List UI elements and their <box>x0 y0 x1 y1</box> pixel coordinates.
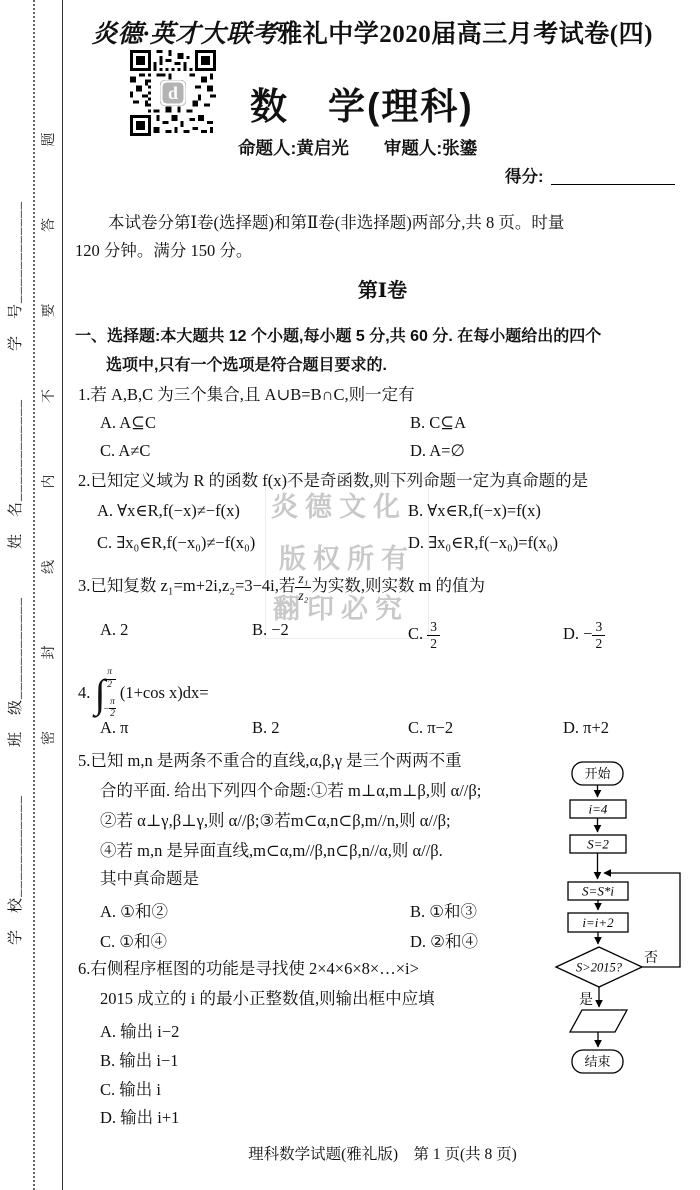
q3-option-c: C. 32 <box>408 620 440 651</box>
flowchart-yes-label: 是 <box>579 992 593 1008</box>
watermark-line-1: 炎德文化 <box>271 494 407 521</box>
q6-option-b: B. 输出 i−1 <box>100 1047 179 1071</box>
q6-option-a: A. 输出 i−2 <box>100 1018 179 1042</box>
page-footer: 理科数学试题(雅礼版) 第 1 页(共 8 页) <box>75 1142 690 1164</box>
watermark-line-2: 版权所有 <box>279 546 415 573</box>
margin-solid-line <box>62 0 63 1190</box>
q3-option-d: D. −32 <box>563 620 605 651</box>
svg-text:d: d <box>168 83 178 103</box>
q1-option-c: C. A≠C <box>100 441 150 461</box>
q2-option-b: B. ∀x∈R,f(−x)=f(x) <box>408 501 541 521</box>
q5-line-1: 5.已知 m,n 是两条不重合的直线,α,β,γ 是三个两两不重 <box>78 750 462 772</box>
q3-stem-fraction: z₁z₂ <box>295 572 311 603</box>
score-label: 得分: <box>505 163 544 187</box>
flowchart-init-s-label: S=2 <box>587 837 609 852</box>
q4-option-c: C. π−2 <box>408 718 453 738</box>
q4-option-b: B. 2 <box>252 718 280 738</box>
part-title: 第Ⅰ卷 <box>75 280 690 302</box>
seal-dotted-line <box>33 0 35 1190</box>
section-instruction-2: 选项中,只有一个选项是符合题目要求的. <box>106 355 387 377</box>
q5-option-a: A. ①和② <box>100 898 168 922</box>
header-title-rest: 雅礼中学2020届高三月考试卷(四) <box>277 21 653 48</box>
flowchart-decision-label: S>2015? <box>576 961 623 975</box>
seal-text: 密 封 线 内 不 要 答 题 <box>38 335 58 745</box>
q4-body: (1+cos x)dx= <box>120 683 209 702</box>
student-info-labels: 学 校____________ 班 级____________ 姓 名_____… <box>4 165 25 945</box>
flowchart-increment-label: i=i+2 <box>582 915 614 930</box>
q5-line-3: ②若 α⊥γ,β⊥γ,则 α//β;③若m⊂α,n⊂β,m//n,则 α//β; <box>100 810 451 832</box>
q2-stem: 2.已知定义域为 R 的函数 f(x)不是奇函数,则下列命题一定为真命题的是 <box>78 470 588 492</box>
q5-option-b: B. ①和③ <box>410 898 477 922</box>
flowchart-no-label: 否 <box>644 950 658 966</box>
score-blank <box>551 184 675 185</box>
q3-stem: 3.已知复数 z₁=m+2i,z₂=3−4i,若z₁z₂为实数,则实数 m 的值… <box>78 572 485 603</box>
q6-option-c: C. 输出 i <box>100 1076 161 1100</box>
q6-line-2: 2015 成立的 i 的最小正整数值,则输出框中应填 <box>100 988 435 1010</box>
header-title: 炎德·英才大联考雅礼中学2020届高三月考试卷(四) <box>92 14 692 50</box>
q4-number: 4. <box>78 683 90 702</box>
q5-line-5: 其中真命题是 <box>100 868 199 890</box>
flowchart-output-shape <box>570 1010 627 1032</box>
q1-option-a: A. A⊆C <box>100 413 156 433</box>
qr-code: d <box>130 50 216 136</box>
exam-page: { "colors": {"ink": "#111111", "watermar… <box>0 0 700 1190</box>
q6-option-d: D. 输出 i+1 <box>100 1104 179 1128</box>
q2-option-a: A. ∀x∈R,f(−x)≠−f(x) <box>97 501 240 521</box>
q4-stem: 4. ∫π2−π2(1+cos x)dx= <box>78 668 209 720</box>
qr-logo: d <box>160 80 186 106</box>
q4-option-a: A. π <box>100 718 129 738</box>
q5-line-4: ④若 m,n 是异面直线,m⊂α,m//β,n⊂β,n//α,则 α//β. <box>100 840 443 862</box>
intro-line-2: 120 分钟。满分 150 分。 <box>75 240 252 262</box>
q2-option-c: C. ∃x₀∈R,f(−x₀)≠−f(x₀) <box>97 533 255 553</box>
q4-option-d: D. π+2 <box>563 718 609 738</box>
q1-option-d: D. A=∅ <box>410 441 465 461</box>
subject-title: 数 学(理科) <box>250 76 474 130</box>
flowchart-init-i-label: i=4 <box>589 802 608 817</box>
q3-stem-post: 为实数,则实数 m 的值为 <box>311 576 485 595</box>
q5-line-2: 合的平面. 给出下列四个命题:①若 m⊥α,m⊥β,则 α//β; <box>100 780 481 802</box>
q6-line-1: 6.右侧程序框图的功能是寻找使 2×4×6×8×…×i> <box>78 958 419 980</box>
q3-stem-pre: 3.已知复数 z₁=m+2i,z₂=3−4i,若 <box>78 576 295 595</box>
flowchart-end-label: 结束 <box>584 1054 610 1069</box>
q3-option-a: A. 2 <box>100 620 128 640</box>
q3-option-b: B. −2 <box>252 620 289 640</box>
intro-line-1: 本试卷分第Ⅰ卷(选择题)和第Ⅱ卷(非选择题)两部分,共 8 页。时量 <box>108 212 564 234</box>
q2-option-d: D. ∃x₀∈R,f(−x₀)=f(x₀) <box>408 533 558 553</box>
flowchart-multiply-label: S=S*i <box>582 884 614 899</box>
q5-option-c: C. ①和④ <box>100 928 167 952</box>
setters-line: 命题人:黄启光 审题人:张鎏 <box>238 135 477 160</box>
q1-option-b: B. C⊆A <box>410 413 466 433</box>
q5-option-d: D. ②和④ <box>410 928 478 952</box>
flowchart: 开始 i=4 S=2 S=S*i i=i+2 S>2015? 否 是 结束 <box>545 755 695 1085</box>
integral-limits: π2−π2 <box>103 668 115 720</box>
section-instruction-1: 一、选择题:本大题共 12 个小题,每小题 5 分,共 60 分. 在每小题给出… <box>75 326 601 348</box>
header-brand: 炎德·英才大联考 <box>92 21 277 48</box>
q1-stem: 1.若 A,B,C 为三个集合,且 A∪B=B∩C,则一定有 <box>78 384 415 406</box>
flowchart-start-label: 开始 <box>584 766 611 781</box>
